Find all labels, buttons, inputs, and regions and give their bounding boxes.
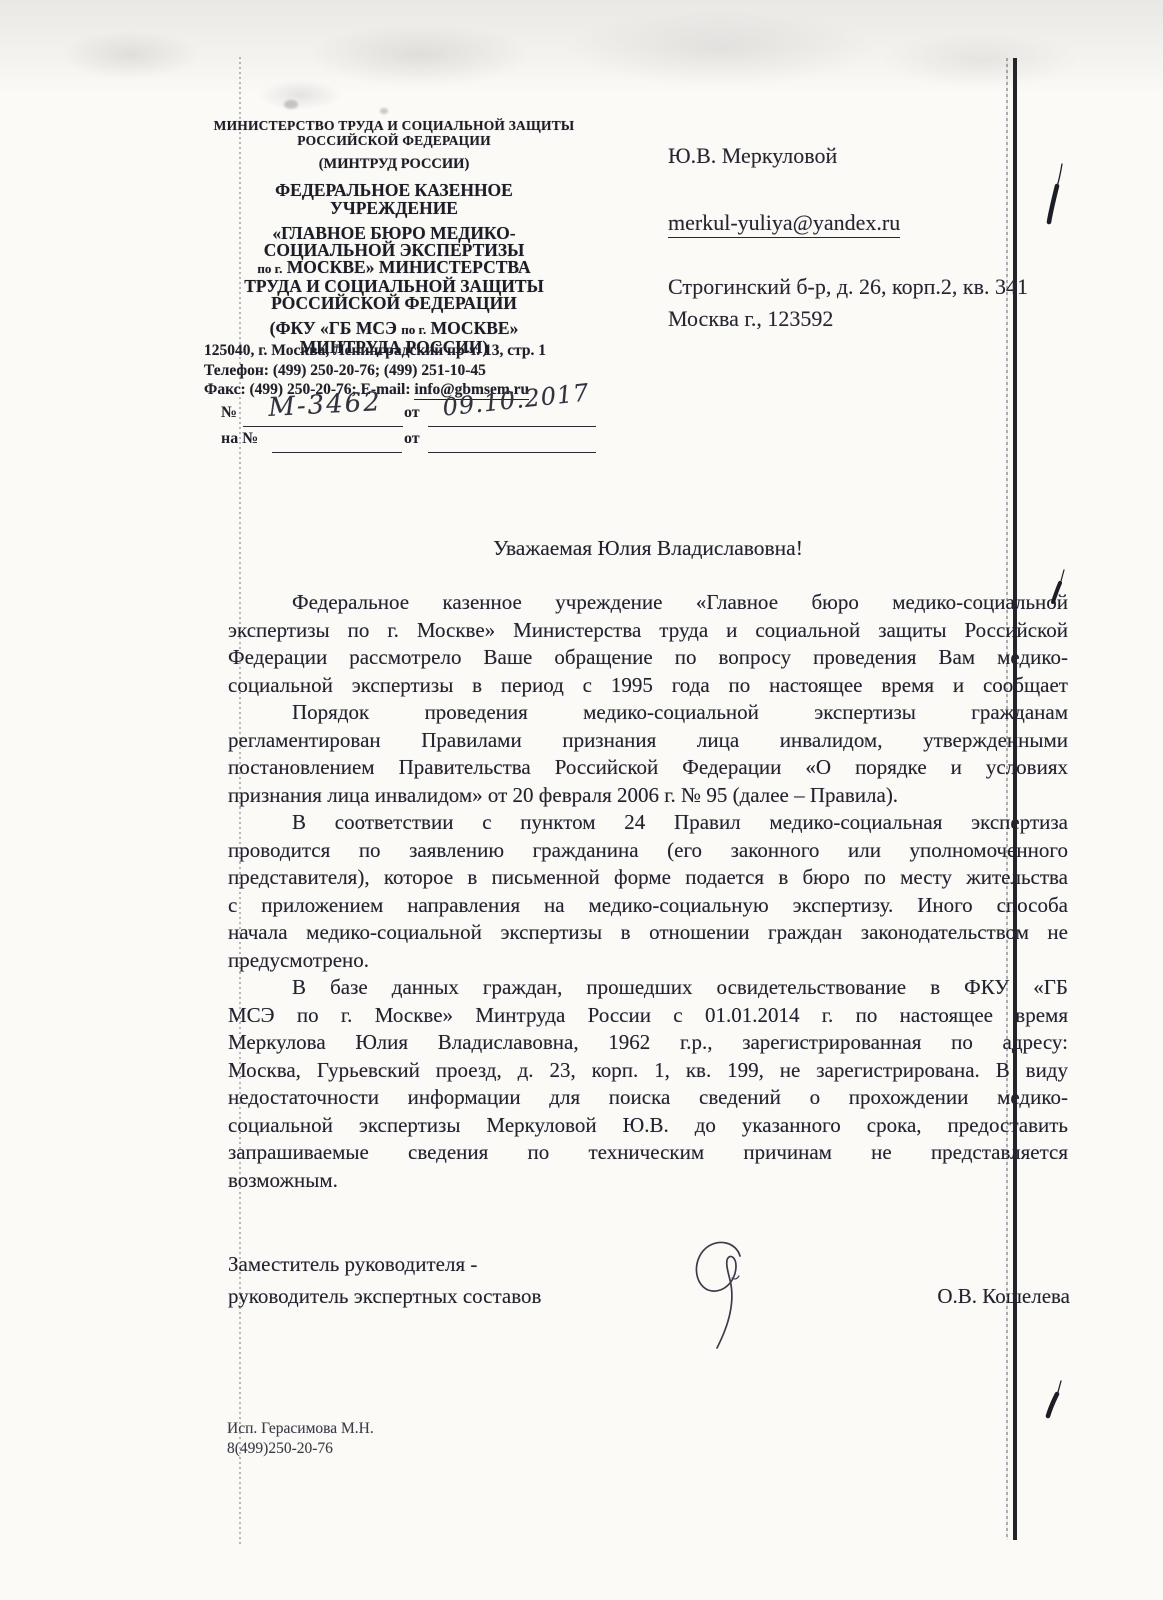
- body-line: МСЭ по г. Москве» Минтруда России с 01.0…: [228, 1002, 1068, 1030]
- letterhead: МИНИСТЕРСТВО ТРУДА И СОЦИАЛЬНОЙ ЗАЩИТЫ Р…: [178, 119, 610, 356]
- outgoing-number-label: №: [221, 404, 237, 422]
- org-abbr-line-1-small: по г.: [401, 322, 426, 337]
- body-line: начала медико-социальной экспертизы в от…: [228, 919, 1068, 947]
- ministry-line-1: МИНИСТЕРСТВО ТРУДА И СОЦИАЛЬНОЙ ЗАЩИТЫ: [178, 119, 610, 134]
- body-line: Москва, Гурьевский проезд, д. 23, корп. …: [228, 1057, 1068, 1085]
- reply-date-label: от: [404, 430, 420, 448]
- org-type-line-1: ФЕДЕРАЛЬНОЕ КАЗЕННОЕ: [178, 181, 610, 199]
- org-abbr-line-1b: МОСКВЕ»: [426, 318, 518, 338]
- recipient-email: merkul-yuliya@yandex.ru: [668, 210, 900, 236]
- org-abbr-line-1: (ФКУ «ГБ МСЭ по г. МОСКВЕ»: [178, 320, 610, 339]
- salutation: Уважаемая Юлия Владиславовна!: [228, 536, 1068, 561]
- reply-number-label: на №: [221, 430, 258, 448]
- handwritten-signature: [684, 1234, 764, 1354]
- recipient-address-line-1: Строгинский б-р, д. 26, корп.2, кв. 341: [668, 274, 1028, 300]
- body-line: представителя), которое в письменной фор…: [228, 864, 1068, 892]
- body-line: Порядок проведения медико-социальной экс…: [228, 699, 1068, 727]
- org-name-line-3-rest: МОСКВЕ» МИНИСТЕРСТВА: [282, 257, 530, 277]
- phone-line: Телефон: (499) 250-20-76; (499) 251-10-4…: [204, 361, 654, 381]
- scanned-letter-page: МИНИСТЕРСТВО ТРУДА И СОЦИАЛЬНОЙ ЗАЩИТЫ Р…: [0, 0, 1163, 1600]
- body-line: Федеральное казенное учреждение «Главное…: [228, 589, 1068, 617]
- body-line: экспертизы по г. Москве» Министерства тр…: [228, 617, 1068, 645]
- body-line: Федерации рассмотрело Ваше обращение по …: [228, 644, 1068, 672]
- outgoing-date-label: от: [404, 404, 420, 422]
- signer-name: О.В. Кошелева: [905, 1284, 1070, 1309]
- org-abbr-line-1a: (ФКУ «ГБ МСЭ: [270, 318, 402, 338]
- reply-date-line: [428, 430, 596, 453]
- postal-address: 125040, г. Москва, Ленинградский пр-т. 1…: [204, 341, 654, 361]
- ministry-short-name: (МИНТРУД РОССИИ): [178, 156, 610, 173]
- org-name-line-5: РОССИЙСКОЙ ФЕДЕРАЦИИ: [178, 295, 610, 312]
- executor-phone: 8(499)250-20-76: [227, 1439, 374, 1459]
- signer-position-line-1: Заместитель руководителя -: [228, 1252, 477, 1277]
- body-line: возможным.: [228, 1167, 1068, 1195]
- executor-name: Исп. Герасимова М.Н.: [227, 1419, 374, 1439]
- body-line: социальной экспертизы в период с 1995 го…: [228, 672, 1068, 700]
- recipient-name: Ю.В. Меркуловой: [668, 143, 837, 169]
- body-line: запрашиваемые сведения по техническим пр…: [228, 1139, 1068, 1167]
- executor-block: Исп. Герасимова М.Н. 8(499)250-20-76: [227, 1419, 374, 1458]
- ministry-name: МИНИСТЕРСТВО ТРУДА И СОЦИАЛЬНОЙ ЗАЩИТЫ Р…: [178, 119, 610, 148]
- body-line: недостаточности информации для поиска св…: [228, 1084, 1068, 1112]
- scan-speck: [380, 108, 388, 114]
- recipient-email-text: merkul-yuliya@yandex.ru: [668, 210, 900, 238]
- reply-number-line: [272, 430, 402, 453]
- letter-body: Федеральное казенное учреждение «Главное…: [228, 589, 1068, 1194]
- body-line: В базе данных граждан, прошедших освидет…: [228, 974, 1068, 1002]
- ministry-line-2: РОССИЙСКОЙ ФЕДЕРАЦИИ: [178, 134, 610, 149]
- body-line: проводится по заявлению гражданина (его …: [228, 837, 1068, 865]
- body-line: признания лица инвалидом» от 20 февраля …: [228, 782, 1068, 810]
- org-name-line-3-small: по г.: [257, 261, 282, 276]
- body-line: постановлением Правительства Российской …: [228, 754, 1068, 782]
- org-name-line-3: по г. МОСКВЕ» МИНИСТЕРСТВА: [178, 259, 610, 277]
- body-line: Меркулова Юлия Владиславовна, 1962 г.р.,…: [228, 1029, 1068, 1057]
- body-line: социальной экспертизы Меркуловой Ю.В. до…: [228, 1112, 1068, 1140]
- body-line: регламентирован Правилами признания лица…: [228, 727, 1068, 755]
- org-full-name: «ГЛАВНОЕ БЮРО МЕДИКО- СОЦИАЛЬНОЙ ЭКСПЕРТ…: [178, 225, 610, 312]
- recipient-address-line-2: Москва г., 123592: [668, 306, 833, 332]
- body-line: В соответствии с пунктом 24 Правил медик…: [228, 809, 1068, 837]
- body-line: предусмотрено.: [228, 947, 1068, 975]
- org-type-line-2: УЧРЕЖДЕНИЕ: [178, 199, 610, 217]
- signer-position-line-2: руководитель экспертных составов: [228, 1284, 541, 1309]
- org-type: ФЕДЕРАЛЬНОЕ КАЗЕННОЕ УЧРЕЖДЕНИЕ: [178, 181, 610, 217]
- body-line: с приложением направления на медико-соци…: [228, 892, 1068, 920]
- scan-speck: [284, 100, 298, 109]
